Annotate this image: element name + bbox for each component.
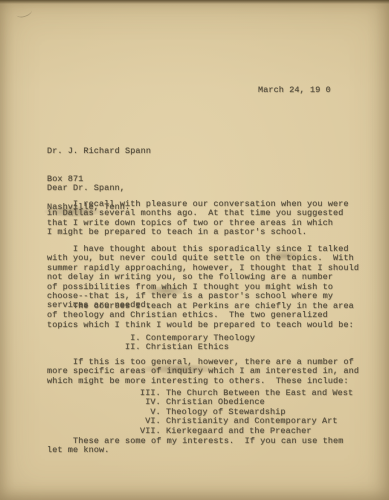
scan-top-edge bbox=[0, 0, 389, 4]
paragraph-recall: I recall with pleasure our conversation … bbox=[47, 200, 349, 238]
pencil-mark bbox=[15, 6, 33, 20]
paragraph-specific: If this is too general, however, there a… bbox=[47, 358, 359, 386]
paragraph-courses: The courses I teach at Perkins are chief… bbox=[47, 302, 354, 330]
letter-document: March 24, 19 0 Dr. J. Richard Spann Box … bbox=[0, 0, 389, 500]
address-line-name: Dr. J. Richard Spann bbox=[47, 147, 151, 156]
salutation: Dear Dr. Spann, bbox=[47, 184, 125, 193]
course-list-specific: III. The Church Between the East and Wes… bbox=[140, 389, 353, 436]
closing-paragraph: These are some of my interests. If you c… bbox=[47, 437, 343, 456]
letter-date: March 24, 19 0 bbox=[258, 86, 331, 95]
course-list-general: I. Contemporary Theology II. Christian E… bbox=[125, 334, 255, 353]
